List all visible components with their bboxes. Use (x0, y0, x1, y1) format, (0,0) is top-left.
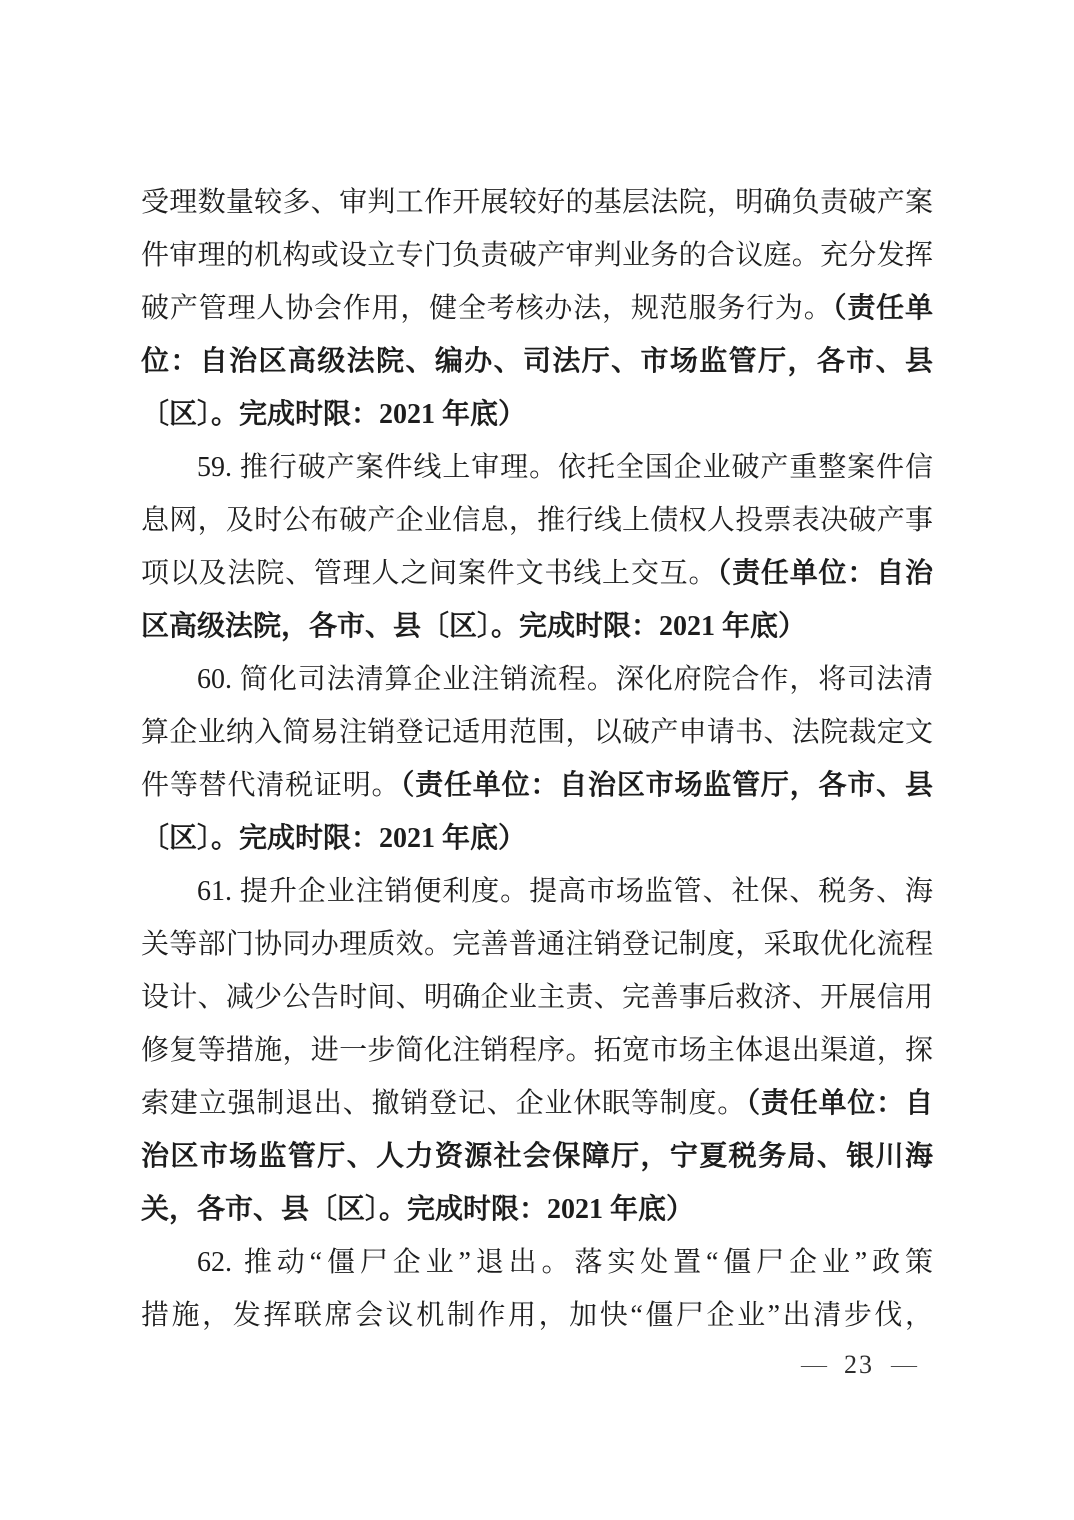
text-line: 破产管理人协会作用，健全考核办法，规范服务行为。（责任单 (141, 282, 933, 335)
responsibility-clause: 关，各市、县〔区〕。完成时限：2021 年底） (141, 1194, 694, 1225)
text-line: 件审理的机构或设立专门负责破产审判业务的合议庭。充分发挥 (141, 229, 933, 282)
page-number-left-dash: — (801, 1353, 827, 1377)
text-line: 治区市场监管厅、人力资源社会保障厅，宁夏税务局、银川海 (141, 1130, 933, 1183)
responsibility-clause: 治区市场监管厅、人力资源社会保障厅，宁夏税务局、银川海 (141, 1141, 933, 1172)
page-number: — 23 — (801, 1350, 917, 1380)
body-text: 62. 推动“僵尸企业”退出。落实处置“僵尸企业”政策 (197, 1247, 933, 1278)
page-number-value: 23 (844, 1350, 874, 1380)
responsibility-clause: （责任单位：自治区市场监管厅，各市、县 (400, 770, 933, 801)
responsibility-clause: 〔区〕。完成时限：2021 年底） (141, 823, 526, 854)
body-text: 件等替代清税证明。 (141, 770, 400, 801)
text-line: 项以及法院、管理人之间案件文书线上交互。（责任单位：自治 (141, 547, 933, 600)
body-text: 算企业纳入简易注销登记适用范围，以破产申请书、法院裁定文 (141, 717, 933, 748)
responsibility-clause: 〔区〕。完成时限：2021 年底） (141, 399, 526, 430)
text-line: 〔区〕。完成时限：2021 年底） (141, 388, 933, 441)
body-text: 59. 推行破产案件线上审理。依托全国企业破产重整案件信 (197, 452, 933, 483)
body-text: 设计、减少公告时间、明确企业主责、完善事后救济、开展信用 (141, 982, 933, 1013)
document-body: 受理数量较多、审判工作开展较好的基层法院，明确负责破产案 件审理的机构或设立专门… (141, 176, 933, 1342)
body-text: 措施，发挥联席会议机制作用，加快“僵尸企业”出清步伐， (141, 1300, 933, 1331)
text-line: 算企业纳入简易注销登记适用范围，以破产申请书、法院裁定文 (141, 706, 933, 759)
body-text: 61. 提升企业注销便利度。提高市场监管、社保、税务、海 (197, 876, 933, 907)
body-text: 破产管理人协会作用，健全考核办法，规范服务行为。 (141, 293, 833, 324)
text-line: 索建立强制退出、撤销登记、企业休眠等制度。（责任单位：自 (141, 1077, 933, 1130)
text-line: 位：自治区高级法院、编办、司法厅、市场监管厅，各市、县 (141, 335, 933, 388)
text-line: 息网，及时公布破产企业信息，推行线上债权人投票表决破产事 (141, 494, 933, 547)
document-page: 受理数量较多、审判工作开展较好的基层法院，明确负责破产案 件审理的机构或设立专门… (0, 0, 1074, 1520)
body-text: 60. 简化司法清算企业注销流程。深化府院合作，将司法清 (197, 664, 933, 695)
body-text: 息网，及时公布破产企业信息，推行线上债权人投票表决破产事 (141, 505, 933, 536)
body-text: 索建立强制退出、撤销登记、企业休眠等制度。 (141, 1088, 746, 1119)
body-text: 关等部门协同办理质效。完善普通注销登记制度，采取优化流程 (141, 929, 933, 960)
body-text: 件审理的机构或设立专门负责破产审判业务的合议庭。充分发挥 (141, 240, 933, 271)
text-line-item-61: 61. 提升企业注销便利度。提高市场监管、社保、税务、海 (141, 865, 933, 918)
responsibility-clause: （责任单 (833, 293, 933, 324)
body-text: 项以及法院、管理人之间案件文书线上交互。 (141, 558, 717, 589)
text-line: 设计、减少公告时间、明确企业主责、完善事后救济、开展信用 (141, 971, 933, 1024)
text-line: 措施，发挥联席会议机制作用，加快“僵尸企业”出清步伐， (141, 1289, 933, 1342)
text-line: 受理数量较多、审判工作开展较好的基层法院，明确负责破产案 (141, 176, 933, 229)
text-line: 〔区〕。完成时限：2021 年底） (141, 812, 933, 865)
text-line-item-59: 59. 推行破产案件线上审理。依托全国企业破产重整案件信 (141, 441, 933, 494)
body-text: 修复等措施，进一步简化注销程序。拓宽市场主体退出渠道，探 (141, 1035, 933, 1066)
text-line: 关，各市、县〔区〕。完成时限：2021 年底） (141, 1183, 933, 1236)
text-line: 区高级法院，各市、县〔区〕。完成时限：2021 年底） (141, 600, 933, 653)
page-number-right-dash: — (891, 1353, 917, 1377)
responsibility-clause: （责任单位：自治 (717, 558, 933, 589)
responsibility-clause: （责任单位：自 (746, 1088, 933, 1119)
body-text: 受理数量较多、审判工作开展较好的基层法院，明确负责破产案 (141, 187, 933, 218)
text-line-item-60: 60. 简化司法清算企业注销流程。深化府院合作，将司法清 (141, 653, 933, 706)
responsibility-clause: 位：自治区高级法院、编办、司法厅、市场监管厅，各市、县 (141, 346, 933, 377)
text-line: 修复等措施，进一步简化注销程序。拓宽市场主体退出渠道，探 (141, 1024, 933, 1077)
text-line: 关等部门协同办理质效。完善普通注销登记制度，采取优化流程 (141, 918, 933, 971)
responsibility-clause: 区高级法院，各市、县〔区〕。完成时限：2021 年底） (141, 611, 806, 642)
text-line-item-62: 62. 推动“僵尸企业”退出。落实处置“僵尸企业”政策 (141, 1236, 933, 1289)
text-line: 件等替代清税证明。（责任单位：自治区市场监管厅，各市、县 (141, 759, 933, 812)
